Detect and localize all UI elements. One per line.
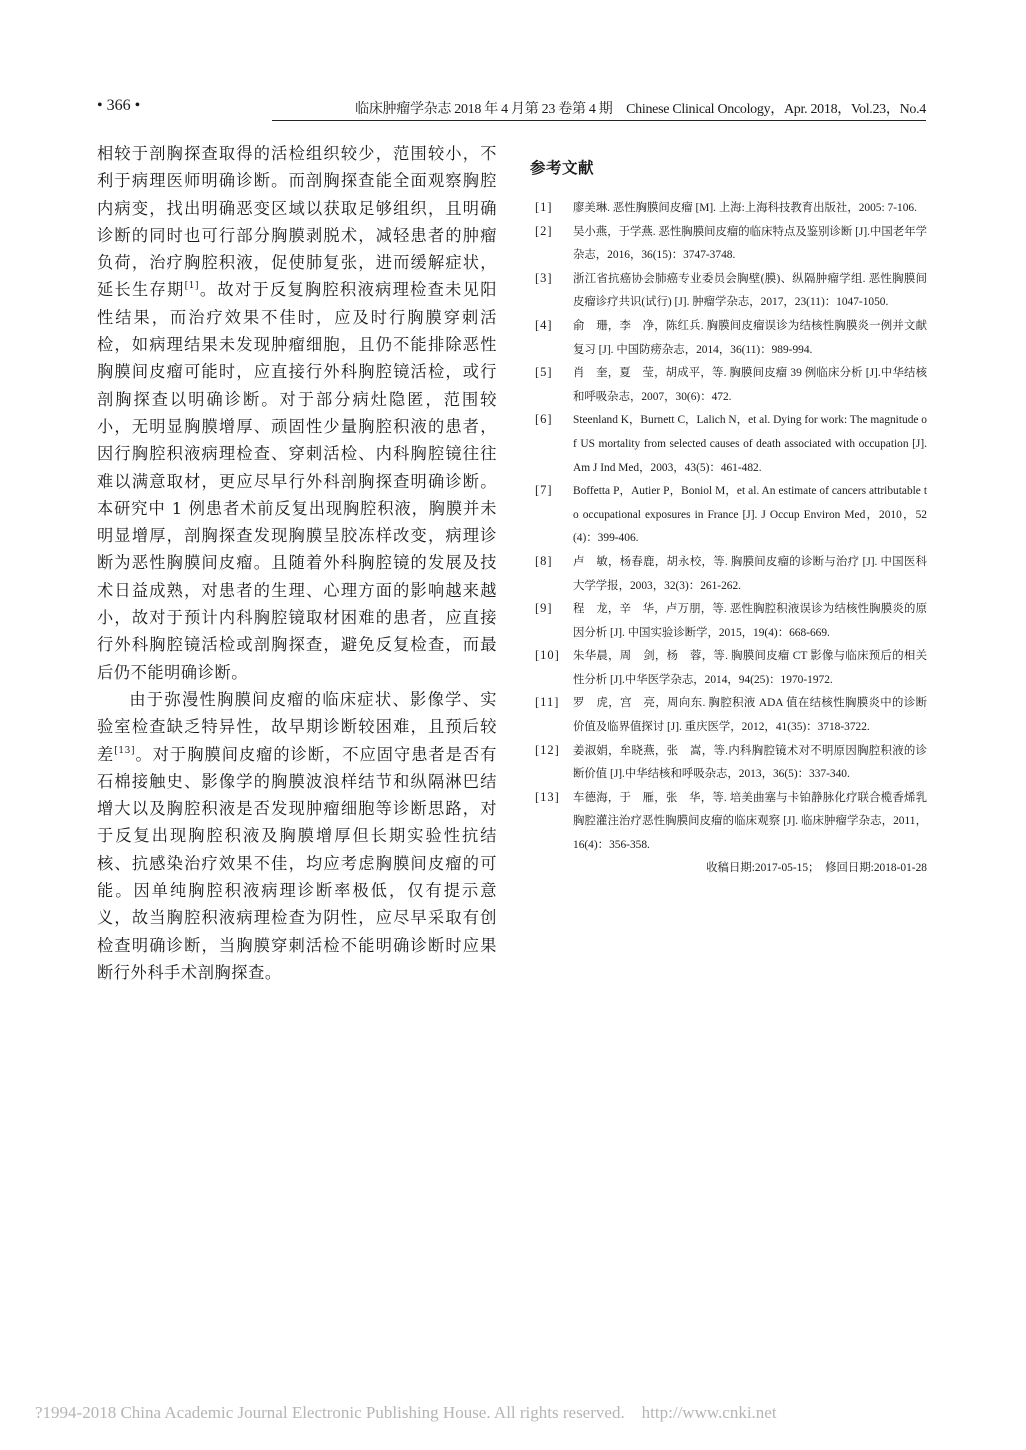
reference-item: [13]车德海，于 雁，张 华，等. 培美曲塞与卡铂静脉化疗联合榄香烯乳胸腔灌注…: [530, 786, 927, 857]
reference-item: [7]Boffetta P，Autier P，Boniol M，et al. A…: [530, 479, 927, 550]
references-title: 参考文献: [530, 156, 927, 178]
running-head: 临床肿瘤学杂志 2018 年 4 月第 23 卷第 4 期 Chinese Cl…: [272, 98, 926, 121]
reference-number: [6]: [535, 408, 553, 431]
reference-text: 廖美琳. 恶性胸膜间皮瘤 [M]. 上海:上海科技教育出版社，2005: 7-1…: [573, 202, 917, 214]
reference-item: [12]姜淑娟，牟晓燕，张 嵩，等.内科胸腔镜术对不明原因胸腔积液的诊断价值 […: [530, 739, 927, 786]
reference-text: Steenland K，Burnett C，Lalich N，et al. Dy…: [573, 414, 927, 473]
paragraph-text: 。对于胸膜间皮瘤的诊断，不应固守患者是否有石棉接触史、影像学的胸膜波浪样结节和纵…: [97, 745, 497, 982]
reference-number: [9]: [535, 597, 553, 620]
reference-number: [7]: [535, 479, 553, 502]
reference-item: [11]罗 虎，宫 亮，周向东. 胸腔积液 ADA 值在结核性胸膜炎中的诊断价值…: [530, 691, 927, 738]
reference-item: [6]Steenland K，Burnett C，Lalich N，et al.…: [530, 408, 927, 479]
reference-text: 朱华晨，周 剑，杨 蓉，等. 胸膜间皮瘤 CT 影像与临床预后的相关性分析 [J…: [573, 650, 927, 686]
body-paragraph-1: 相较于剖胸探查取得的活检组织较少，范围较小，不利于病理医师明确诊断。而剖胸探查能…: [97, 140, 497, 686]
reference-item: [10]朱华晨，周 剑，杨 蓉，等. 胸膜间皮瘤 CT 影像与临床预后的相关性分…: [530, 644, 927, 691]
reference-item: [8]卢 敏，杨春鹿，胡永校，等. 胸膜间皮瘤的诊断与治疗 [J]. 中国医科大…: [530, 550, 927, 597]
body-paragraph-2: 由于弥漫性胸膜间皮瘤的临床症状、影像学、实验室检查缺乏特异性，故早期诊断较困难，…: [97, 686, 497, 986]
reference-number: [10]: [535, 644, 560, 667]
reference-number: [4]: [535, 314, 553, 337]
reference-item: [3]浙江省抗癌协会肺癌专业委员会胸壁(膜)、纵隔肿瘤学组. 恶性胸膜间皮瘤诊疗…: [530, 267, 927, 314]
reference-text: 肖 奎，夏 莹，胡成平，等. 胸膜间皮瘤 39 例临床分析 [J].中华结核和呼…: [573, 367, 927, 403]
reference-number: [3]: [535, 267, 553, 290]
reference-text: 吴小燕，于学燕. 恶性胸膜间皮瘤的临床特点及鉴别诊断 [J].中国老年学杂志，2…: [573, 226, 927, 262]
reference-number: [5]: [535, 361, 553, 384]
reference-number: [13]: [535, 786, 560, 809]
page-number: • 366 •: [97, 97, 140, 115]
reference-text: 罗 虎，宫 亮，周向东. 胸腔积液 ADA 值在结核性胸膜炎中的诊断价值及临界值…: [573, 697, 927, 733]
citation-1: [1]: [185, 281, 200, 291]
reference-number: [2]: [535, 220, 553, 243]
reference-text: 卢 敏，杨春鹿，胡永校，等. 胸膜间皮瘤的诊断与治疗 [J]. 中国医科大学学报…: [573, 556, 927, 592]
paragraph-text: 相较于剖胸探查取得的活检组织较少，范围较小，不利于病理医师明确诊断。而剖胸探查能…: [97, 144, 497, 299]
paragraph-text: 。故对于反复胸腔积液病理检查未见阳性结果，而治疗效果不佳时，应及时行胸膜穿刺活检…: [97, 280, 497, 681]
reference-item: [5]肖 奎，夏 莹，胡成平，等. 胸膜间皮瘤 39 例临床分析 [J].中华结…: [530, 361, 927, 408]
reference-number: [11]: [535, 691, 559, 714]
reference-text: 姜淑娟，牟晓燕，张 嵩，等.内科胸腔镜术对不明原因胸腔积液的诊断价值 [J].中…: [573, 745, 927, 781]
references-section: 参考文献 [1]廖美琳. 恶性胸膜间皮瘤 [M]. 上海:上海科技教育出版社，2…: [530, 156, 927, 879]
reference-item: [1]廖美琳. 恶性胸膜间皮瘤 [M]. 上海:上海科技教育出版社，2005: …: [530, 196, 927, 220]
reference-item: [4]俞 珊，李 净，陈红兵. 胸膜间皮瘤误诊为结核性胸膜炎一例并文献复习 [J…: [530, 314, 927, 361]
copyright-footer: ?1994-2018 China Academic Journal Electr…: [35, 1398, 777, 1423]
reference-number: [1]: [535, 196, 553, 219]
body-text-column: 相较于剖胸探查取得的活检组织较少，范围较小，不利于病理医师明确诊断。而剖胸探查能…: [97, 140, 497, 986]
reference-text: Boffetta P，Autier P，Boniol M，et al. An e…: [573, 485, 927, 544]
received-dates: 收稿日期:2017-05-15； 修回日期:2018-01-28: [530, 857, 927, 879]
reference-number: [12]: [535, 739, 560, 762]
reference-text: 浙江省抗癌协会肺癌专业委员会胸壁(膜)、纵隔肿瘤学组. 恶性胸膜间皮瘤诊疗共识(…: [573, 273, 927, 309]
reference-number: [8]: [535, 550, 553, 573]
reference-item: [2]吴小燕，于学燕. 恶性胸膜间皮瘤的临床特点及鉴别诊断 [J].中国老年学杂…: [530, 220, 927, 267]
reference-text: 程 龙，辛 华，卢万朋，等. 恶性胸腔积液误诊为结核性胸膜炎的原因分析 [J].…: [573, 603, 927, 639]
reference-list: [1]廖美琳. 恶性胸膜间皮瘤 [M]. 上海:上海科技教育出版社，2005: …: [530, 196, 927, 857]
reference-item: [9]程 龙，辛 华，卢万朋，等. 恶性胸腔积液误诊为结核性胸膜炎的原因分析 […: [530, 597, 927, 644]
citation-13: [13]: [114, 746, 135, 756]
reference-text: 车德海，于 雁，张 华，等. 培美曲塞与卡铂静脉化疗联合榄香烯乳胸腔灌注治疗恶性…: [573, 792, 927, 851]
reference-text: 俞 珊，李 净，陈红兵. 胸膜间皮瘤误诊为结核性胸膜炎一例并文献复习 [J]. …: [573, 320, 927, 356]
